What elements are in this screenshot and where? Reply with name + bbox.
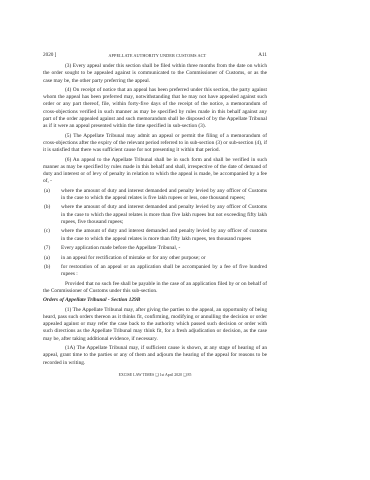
application-item-a: (a) in an appeal for rectification of mi… <box>43 255 267 262</box>
item-label: (a) <box>43 188 58 203</box>
header-year: 2020 ] <box>43 52 56 59</box>
page-footer: EXCISE LAW TIMES ❏ 1st April 2020 ❏ 85 <box>43 372 267 379</box>
proviso: Provided that no such fee shall be payab… <box>43 281 267 296</box>
item-text: for restoration of an appeal or an appli… <box>58 264 267 279</box>
section-heading: Orders of Appellate Tribunal - Section 1… <box>43 297 267 304</box>
document-page: 2020 ] APPELLATE AUTHORITY UNDER CUSTOMS… <box>43 52 267 379</box>
fee-item-b: (b) where the amount of duty and interes… <box>43 204 267 226</box>
item-label: (7) <box>43 245 58 252</box>
section-paragraph-1: (1) The Appellate Tribunal may, after gi… <box>43 307 267 343</box>
paragraph-6: (6) An appeal to the Appellate Tribunal … <box>43 157 267 186</box>
paragraph-3: (3) Every appeal under this section shal… <box>43 63 267 85</box>
item-text: where the amount of duty and interest de… <box>58 204 267 226</box>
item-text: Every application made before the Appell… <box>58 245 267 252</box>
item-text: where the amount of duty and interest de… <box>58 188 267 203</box>
paragraph-7: (7) Every application made before the Ap… <box>43 245 267 252</box>
paragraph-5: (5) The Appellate Tribunal may admit an … <box>43 133 267 155</box>
paragraph-4: (4) On receipt of notice that an appeal … <box>43 87 267 131</box>
section-paragraph-1a: (1A) The Appellate Tribunal may, if suff… <box>43 345 267 367</box>
header-title: APPELLATE AUTHORITY UNDER CUSTOMS ACT <box>108 52 206 59</box>
fee-item-a: (a) where the amount of duty and interes… <box>43 188 267 203</box>
fee-item-c: (c) where the amount of duty and interes… <box>43 228 267 243</box>
item-label: (c) <box>43 228 58 243</box>
item-text: in an appeal for rectification of mistak… <box>58 255 267 262</box>
running-header: 2020 ] APPELLATE AUTHORITY UNDER CUSTOMS… <box>43 52 267 59</box>
application-item-b: (b) for restoration of an appeal or an a… <box>43 264 267 279</box>
item-label: (b) <box>43 204 58 226</box>
item-label: (a) <box>43 255 58 262</box>
item-text: where the amount of duty and interest de… <box>58 228 267 243</box>
header-page-ref: A11 <box>258 52 267 59</box>
item-label: (b) <box>43 264 58 279</box>
